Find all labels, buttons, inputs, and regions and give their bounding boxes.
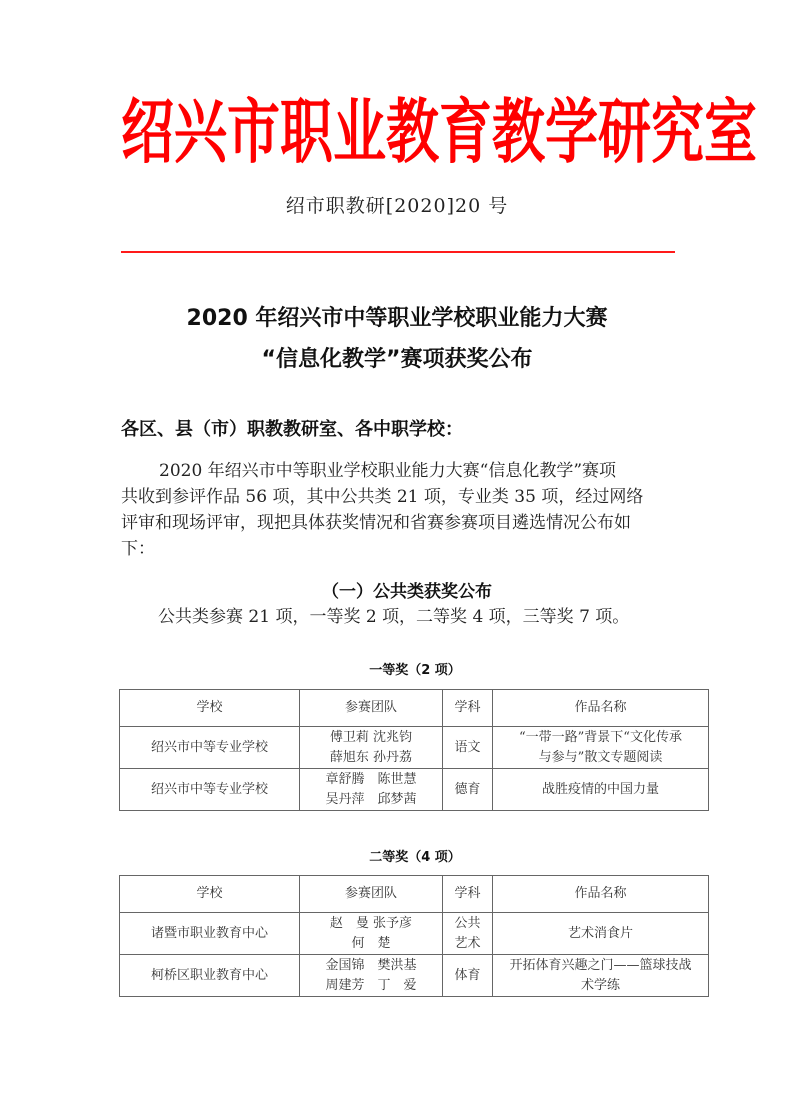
document-title-line-1: 2020 年绍兴市中等职业学校职业能力大赛	[0, 304, 794, 334]
cell-team: 章舒腾 陈世慧 吴丹萍 邱梦茜	[300, 769, 443, 811]
cell-team: 赵 曼 张予彦 何 楚	[300, 913, 443, 955]
cell-school: 绍兴市中等专业学校	[120, 769, 300, 811]
header-school: 学校	[120, 690, 300, 727]
subject-line: 艺术	[447, 934, 488, 954]
team-line: 章舒腾 陈世慧	[304, 770, 438, 790]
team-line: 何 楚	[304, 934, 438, 954]
header-subject: 学科	[443, 690, 493, 727]
body-line: 2020 年绍兴市中等职业学校职业能力大赛“信息化教学”赛项	[121, 458, 681, 484]
table-row: 绍兴市中等专业学校 傅卫莉 沈兆钧 薛旭东 孙丹荔 语文 “一带一路”背景下“文…	[120, 727, 709, 769]
cell-subject: 德育	[443, 769, 493, 811]
subject-line: 语文	[447, 738, 488, 758]
team-line: 赵 曼 张予彦	[304, 914, 438, 934]
cell-work: 开拓体育兴趣之门——篮球技战 术学练	[493, 955, 709, 997]
header-team: 参赛团队	[300, 876, 443, 913]
team-line: 薛旭东 孙丹荔	[304, 748, 438, 768]
cell-school: 诸暨市职业教育中心	[120, 913, 300, 955]
body-paragraph: 2020 年绍兴市中等职业学校职业能力大赛“信息化教学”赛项 共收到参评作品 5…	[121, 458, 681, 562]
team-line: 周建芳 丁 爱	[304, 976, 438, 996]
subject-line: 公共	[447, 914, 488, 934]
section-summary-public: 公共类参赛 21 项，一等奖 2 项，二等奖 4 项，三等奖 7 项。	[158, 604, 629, 630]
work-line: 术学练	[497, 976, 704, 996]
work-line: 与参与”散文专题阅读	[497, 748, 704, 768]
cell-team: 金国锦 樊洪基 周建芳 丁 爱	[300, 955, 443, 997]
document-title-line-2: “信息化教学”赛项获奖公布	[0, 345, 794, 375]
cell-work: 艺术消食片	[493, 913, 709, 955]
table-caption-second-prize: 二等奖（4 项）	[0, 849, 794, 867]
masthead-divider	[121, 251, 675, 253]
subject-line: 体育	[447, 966, 488, 986]
cell-school: 绍兴市中等专业学校	[120, 727, 300, 769]
document-number: 绍市职教研[2020]20 号	[0, 193, 794, 219]
table-caption-first-prize: 一等奖（2 项）	[0, 662, 794, 680]
first-prize-table: 学校 参赛团队 学科 作品名称 绍兴市中等专业学校 傅卫莉 沈兆钧 薛旭东 孙丹…	[119, 689, 709, 811]
team-line: 傅卫莉 沈兆钧	[304, 728, 438, 748]
header-work: 作品名称	[493, 876, 709, 913]
team-line: 金国锦 樊洪基	[304, 956, 438, 976]
cell-subject: 公共 艺术	[443, 913, 493, 955]
header-work: 作品名称	[493, 690, 709, 727]
table-header-row: 学校 参赛团队 学科 作品名称	[120, 876, 709, 913]
team-line: 吴丹萍 邱梦茜	[304, 790, 438, 810]
work-line: 开拓体育兴趣之门——篮球技战	[497, 956, 704, 976]
header-team: 参赛团队	[300, 690, 443, 727]
cell-school: 柯桥区职业教育中心	[120, 955, 300, 997]
cell-subject: 体育	[443, 955, 493, 997]
salutation: 各区、县（市）职教教研室、各中职学校：	[121, 417, 463, 443]
table-row: 绍兴市中等专业学校 章舒腾 陈世慧 吴丹萍 邱梦茜 德育 战胜疫情的中国力量	[120, 769, 709, 811]
header-subject: 学科	[443, 876, 493, 913]
cell-team: 傅卫莉 沈兆钧 薛旭东 孙丹荔	[300, 727, 443, 769]
work-line: 战胜疫情的中国力量	[497, 780, 704, 800]
subject-line: 德育	[447, 780, 488, 800]
cell-work: 战胜疫情的中国力量	[493, 769, 709, 811]
table-header-row: 学校 参赛团队 学科 作品名称	[120, 690, 709, 727]
cell-subject: 语文	[443, 727, 493, 769]
cell-work: “一带一路”背景下“文化传承 与参与”散文专题阅读	[493, 727, 709, 769]
body-line: 下：	[121, 536, 681, 562]
body-line: 共收到参评作品 56 项，其中公共类 21 项，专业类 35 项，经过网络	[121, 484, 681, 510]
table-row: 诸暨市职业教育中心 赵 曼 张予彦 何 楚 公共 艺术 艺术消食片	[120, 913, 709, 955]
second-prize-table: 学校 参赛团队 学科 作品名称 诸暨市职业教育中心 赵 曼 张予彦 何 楚 公共…	[119, 875, 709, 997]
header-school: 学校	[120, 876, 300, 913]
section-heading-public: （一）公共类获奖公布	[0, 580, 794, 604]
work-line: 艺术消食片	[497, 924, 704, 944]
body-line: 评审和现场评审，现把具体获奖情况和省赛参赛项目遴选情况公布如	[121, 510, 681, 536]
masthead-org-name: 绍兴市职业教育教学研究室	[121, 78, 651, 189]
table-row: 柯桥区职业教育中心 金国锦 樊洪基 周建芳 丁 爱 体育 开拓体育兴趣之门——篮…	[120, 955, 709, 997]
work-line: “一带一路”背景下“文化传承	[497, 728, 704, 748]
